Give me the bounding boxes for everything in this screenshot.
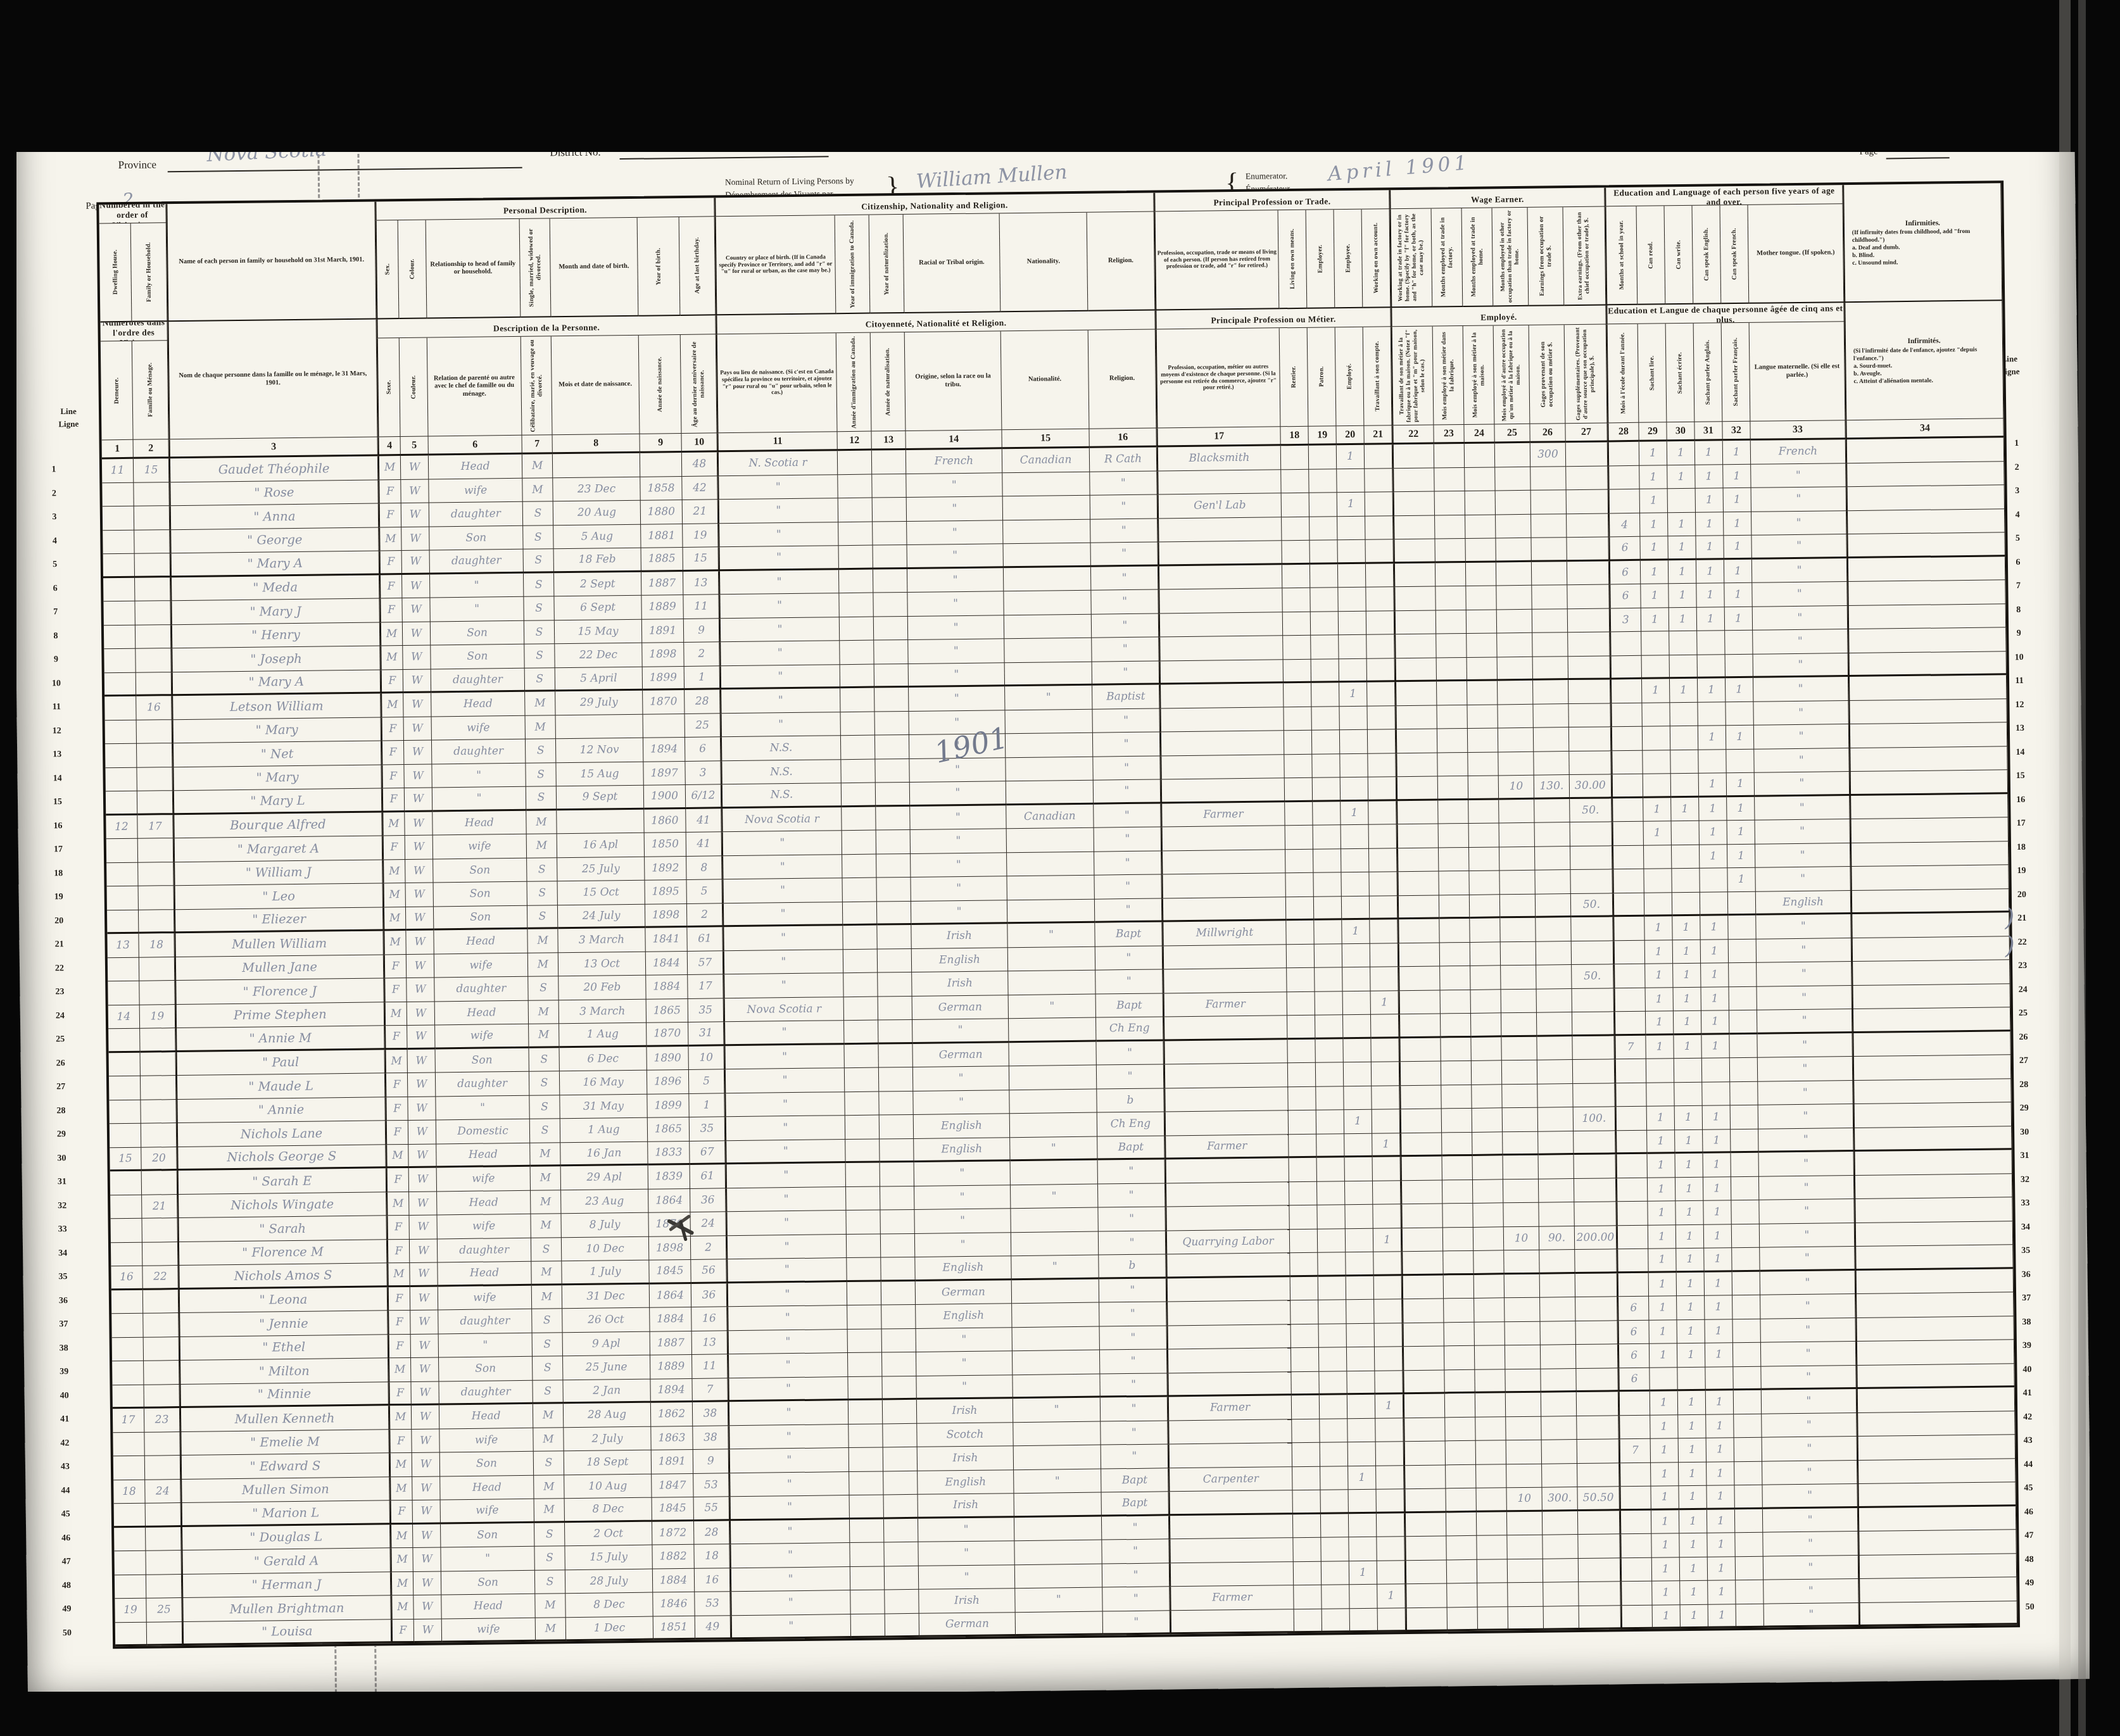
cell-line5-col34: [1846, 532, 2005, 558]
cell-line33-col20: [1345, 1205, 1373, 1229]
cell-line11-col31: 1: [1698, 678, 1726, 702]
cell-line18-col19: [1313, 849, 1341, 873]
cell-line28-col20: [1344, 1086, 1372, 1110]
cell-line48-col6: Son: [441, 1570, 535, 1595]
cell-line11-col10: 28: [685, 689, 720, 714]
cell-line24-col1: 14: [108, 1005, 140, 1029]
header-fr-col2: Famille ou Ménage.: [132, 341, 169, 440]
cell-line23-col24: [1470, 965, 1501, 990]
cell-line25-col24: [1471, 1013, 1501, 1037]
cell-line1-col32: 1: [1723, 441, 1751, 465]
cell-line43-col20: [1348, 1442, 1376, 1466]
cell-line20-col4: M: [383, 907, 406, 931]
cell-line4-col1: [103, 530, 134, 554]
cell-line21-col29: 1: [1644, 916, 1672, 940]
header-en-col29: Can read.: [1637, 206, 1666, 305]
header-en-col7: Single, married, widowed or divorced.: [520, 218, 552, 318]
cell-line32-col4: M: [386, 1192, 409, 1216]
cell-line30-col11: ": [725, 1140, 845, 1165]
cell-line37-col10: 16: [691, 1307, 727, 1331]
cell-line45-col19: [1320, 1490, 1348, 1514]
cell-line34-col6: daughter: [438, 1238, 531, 1262]
cell-line6-col5: W: [402, 574, 430, 598]
cell-line50-col24: [1478, 1607, 1508, 1631]
cell-line22-col16: ": [1095, 946, 1163, 971]
cell-line45-col10: 55: [694, 1497, 729, 1521]
cell-line1-col6: Head: [429, 455, 522, 479]
cell-line49-col5: W: [413, 1595, 441, 1619]
cell-line25-col9: 1870: [647, 1022, 688, 1047]
cell-line10-col17: [1159, 660, 1284, 685]
cell-line15-col23: [1438, 776, 1468, 800]
cell-line44-col28: [1619, 1462, 1651, 1487]
cell-line27-col1: [109, 1076, 141, 1100]
cell-line34-col14: ": [915, 1233, 1011, 1257]
cell-line25-col6: wife: [435, 1024, 529, 1049]
cell-line23-col5: W: [407, 978, 434, 1002]
cell-line21-col15: ": [1007, 923, 1095, 948]
cell-line26-col22: [1399, 1038, 1441, 1062]
cell-line4-col12: [838, 522, 873, 546]
cell-line11-col15: ": [1005, 686, 1092, 710]
cell-line1-col11: N. Scotia r: [717, 451, 838, 476]
cell-line5-col23: [1435, 539, 1465, 563]
cell-line13-col13: [875, 735, 909, 759]
cell-line27-col2: [141, 1076, 176, 1100]
cell-line46-col29: 1: [1651, 1510, 1679, 1534]
cell-line21-col33: ": [1756, 914, 1851, 939]
header-fr-col27: Gages supplémentaires. (Provenant d'autr…: [1565, 324, 1608, 424]
cell-line24-col17: Farmer: [1163, 992, 1287, 1017]
cell-line31-col31: 1: [1703, 1153, 1731, 1177]
cell-line17-col18: [1285, 826, 1313, 850]
cell-line28-col31: [1702, 1082, 1730, 1106]
cell-line5-col12: [839, 546, 873, 570]
cell-line32-col26: [1539, 1179, 1574, 1203]
header-en-col6: Relationship to head of family or househ…: [426, 219, 521, 319]
cell-line32-col14: ": [914, 1185, 1011, 1210]
cell-line1-col26: 300: [1530, 443, 1566, 467]
cell-line46-col32: [1735, 1509, 1763, 1533]
cell-line13-col3: " Net: [172, 741, 381, 767]
cell-line42-col1: [113, 1432, 144, 1456]
cell-line23-col31: 1: [1701, 963, 1729, 987]
column-7-fr-label: Célibataire, marié, en veuvage ou divorc…: [529, 339, 545, 432]
cell-line50-col5: W: [414, 1619, 442, 1643]
cell-line20-col19: [1314, 896, 1342, 921]
cell-line2-col8: 23 Dec: [553, 477, 640, 501]
cell-line40-col10: 7: [692, 1378, 728, 1402]
cell-line7-col27: [1567, 584, 1609, 608]
cell-line22-col28: [1613, 940, 1645, 964]
cell-line46-col28: [1620, 1510, 1651, 1534]
cell-line23-col20: [1342, 967, 1370, 991]
line-number-left-26: 26: [39, 1058, 83, 1069]
cell-line48-col10: 16: [695, 1568, 730, 1592]
cell-line45-col4: F: [390, 1500, 413, 1525]
cell-line50-col3: " Louisa: [182, 1620, 391, 1645]
cell-line36-col14: German: [916, 1280, 1012, 1305]
cell-line27-col10: 5: [689, 1069, 724, 1093]
cell-line35-col2: 22: [142, 1266, 178, 1290]
line-number-left-5: 5: [33, 560, 77, 570]
cell-line1-col20: 1: [1337, 445, 1365, 469]
cell-line43-col29: 1: [1651, 1438, 1679, 1462]
cell-line16-col16: ": [1094, 803, 1161, 828]
cell-line19-col23: [1439, 871, 1469, 895]
cell-line32-col3: Nichols Wingate: [177, 1192, 386, 1218]
cell-line43-col14: Irish: [918, 1446, 1014, 1471]
cell-line22-col8: 13 Oct: [558, 952, 646, 976]
cell-line23-col11: ": [723, 973, 843, 998]
cell-line10-col32: [1726, 654, 1753, 678]
cell-line25-col3: " Annie M: [175, 1026, 384, 1052]
cell-line33-col3: " Sarah: [178, 1216, 387, 1242]
cell-line7-col20: [1338, 588, 1366, 612]
cell-line13-col7: S: [526, 739, 556, 763]
cell-line14-col25: [1498, 752, 1534, 776]
cell-line29-col31: 1: [1703, 1105, 1731, 1129]
cell-line21-col30: 1: [1672, 916, 1700, 940]
column-number-17: 17: [1156, 427, 1280, 447]
cell-line17-col33: ": [1755, 819, 1850, 844]
cell-line45-col34: [1857, 1482, 2016, 1507]
cell-line40-col21: [1375, 1371, 1403, 1395]
cell-line6-col21: [1366, 563, 1394, 588]
cell-line19-col33: ": [1755, 867, 1850, 891]
cell-line12-col33: ": [1753, 701, 1848, 726]
cell-line2-col29: 1: [1639, 465, 1667, 489]
cell-line35-col4: M: [387, 1263, 410, 1287]
cell-line21-col21: [1370, 919, 1398, 943]
cell-line10-col31: [1698, 655, 1726, 679]
cell-line28-col16: b: [1097, 1088, 1164, 1113]
cell-line28-col14: ": [913, 1090, 1009, 1115]
cell-line4-col16: ": [1090, 519, 1158, 543]
cell-line12-col24: [1467, 705, 1498, 729]
cell-line32-col28: [1616, 1178, 1648, 1202]
cell-line14-col1: [105, 767, 137, 791]
column-number-13: 13: [871, 431, 905, 451]
cell-line4-col22: [1393, 515, 1435, 539]
cell-line22-col25: [1501, 941, 1536, 965]
cell-line4-col3: " George: [170, 527, 379, 553]
cell-line22-col10: 57: [688, 951, 723, 975]
cell-line38-col29: 1: [1649, 1320, 1677, 1344]
cell-line20-col7: S: [527, 905, 558, 929]
cell-line3-col26: [1531, 490, 1567, 514]
cell-line44-col19: [1320, 1466, 1348, 1490]
cell-line10-col34: [1848, 651, 2007, 677]
cell-line32-col25: [1503, 1179, 1539, 1203]
cell-line12-col27: [1568, 703, 1610, 727]
cell-line30-col29: 1: [1647, 1130, 1675, 1154]
cell-line48-col28: [1620, 1557, 1652, 1582]
cell-line12-col9: [643, 714, 685, 738]
cell-line43-col33: ": [1762, 1437, 1857, 1461]
cell-line14-col19: [1312, 754, 1340, 778]
cell-line43-col1: [113, 1456, 145, 1480]
cell-line8-col2: [136, 625, 171, 649]
cell-line10-col25: [1498, 657, 1533, 681]
line-number-right-13: 13: [1998, 724, 2042, 734]
cell-line37-col5: W: [410, 1310, 438, 1334]
cell-line45-col32: [1734, 1485, 1762, 1509]
cell-line9-col6: Son: [431, 645, 524, 669]
cell-line26-col5: W: [408, 1049, 436, 1073]
cell-line39-col22: [1403, 1346, 1444, 1370]
cell-line39-col2: [144, 1361, 179, 1385]
line-number-right-36: 36: [2004, 1269, 2048, 1280]
cell-line27-col11: ": [724, 1068, 845, 1093]
cell-line26-col27: [1572, 1036, 1614, 1060]
cell-line11-col9: 1870: [643, 690, 685, 714]
cell-line32-col29: 1: [1648, 1178, 1675, 1202]
column-13-en-label: Year of naturalization.: [883, 232, 891, 295]
cell-line36-col11: ": [727, 1282, 847, 1307]
cell-line31-col2: [142, 1171, 177, 1195]
cell-line46-col27: [1578, 1511, 1620, 1535]
cell-line48-col11: ": [730, 1567, 850, 1592]
cell-line43-col10: 9: [693, 1449, 729, 1473]
line-number-left-11: 11: [34, 702, 79, 713]
cell-line30-col15: ": [1010, 1136, 1097, 1161]
cell-line18-col33: ": [1755, 843, 1850, 868]
cell-line17-col15: [1007, 828, 1094, 853]
cell-line39-col24: [1475, 1345, 1505, 1369]
cell-line13-col33: ": [1754, 724, 1849, 749]
cell-line24-col2: 19: [140, 1005, 175, 1029]
cell-line43-col8: 18 Sept: [564, 1450, 652, 1475]
header-en-col32: Can speak French.: [1720, 205, 1750, 304]
line-number-right-37: 37: [2004, 1293, 2048, 1304]
column-34-fr-line: (Si l'infirmité date de l'enfance, ajout…: [1853, 346, 1995, 363]
cell-line12-col32: [1726, 701, 1753, 726]
cell-line30-col2: 20: [141, 1147, 177, 1171]
cell-line18-col4: M: [382, 859, 405, 883]
cell-line27-col32: [1730, 1058, 1758, 1082]
cell-line22-col30: 1: [1673, 940, 1701, 964]
cell-line33-col23: [1442, 1204, 1473, 1228]
cell-line38-col34: [1855, 1316, 2014, 1342]
cell-line35-col34: [1855, 1245, 2013, 1270]
cell-line39-col9: 1889: [650, 1355, 692, 1379]
cell-line21-col12: [843, 926, 877, 950]
cell-line24-col32: [1729, 986, 1757, 1010]
line-number-left-4: 4: [32, 536, 77, 546]
column-number-4: 4: [378, 437, 401, 456]
cell-line31-col19: [1317, 1157, 1345, 1181]
cell-line23-col16: ": [1095, 969, 1163, 994]
cell-line13-col29: [1643, 726, 1670, 750]
cell-line28-col32: [1730, 1081, 1758, 1105]
cell-line29-col18: [1289, 1110, 1316, 1135]
cell-line5-col11: ": [719, 546, 839, 571]
cell-line5-col13: [873, 545, 907, 569]
cell-line5-col22: [1393, 539, 1435, 563]
cell-line50-col34: [1859, 1601, 2017, 1626]
cell-line26-col8: 6 Dec: [559, 1047, 647, 1071]
cell-line9-col23: [1436, 634, 1467, 658]
header-en-col26: Earnings from occupation or trade $.: [1528, 207, 1565, 306]
cell-line41-col14: Irish: [917, 1399, 1013, 1423]
cell-line7-col33: ": [1752, 582, 1847, 607]
cell-line38-col11: ": [728, 1330, 848, 1355]
cell-line46-col14: ": [918, 1518, 1014, 1542]
cell-line14-col28: [1611, 750, 1643, 774]
line-number-left-34: 34: [41, 1248, 85, 1259]
cell-line48-col12: [850, 1566, 885, 1590]
cell-line10-col26: [1533, 657, 1568, 681]
cell-line1-col34: [1846, 437, 2004, 463]
cell-line31-col23: [1442, 1156, 1473, 1180]
cell-line36-col4: F: [388, 1286, 410, 1311]
cell-line24-col30: 1: [1674, 987, 1701, 1011]
line-number-left-16: 16: [35, 821, 80, 831]
cell-line6-col22: [1394, 563, 1435, 587]
cell-line47-col20: [1349, 1537, 1377, 1561]
cell-line9-col11: ": [719, 641, 840, 666]
cell-line50-col18: [1294, 1609, 1322, 1633]
cell-line16-col8: [557, 809, 644, 834]
cell-line31-col32: [1731, 1153, 1758, 1177]
cell-line24-col15: ": [1009, 994, 1096, 1019]
cell-line7-col24: [1466, 586, 1496, 610]
cell-line37-col17: [1166, 1300, 1290, 1326]
cell-line8-col13: [874, 616, 908, 640]
cell-line12-col12: [841, 712, 875, 736]
cell-line10-col33: ": [1753, 653, 1848, 678]
line-number-left-13: 13: [35, 750, 79, 760]
column-number-7: 7: [522, 435, 553, 455]
column-number-28: 28: [1607, 423, 1639, 443]
cell-line22-col13: [878, 948, 912, 972]
cell-line20-col34: [1851, 889, 2009, 914]
cell-line16-col13: [876, 806, 910, 830]
cell-line23-col8: 20 Feb: [558, 976, 646, 1000]
cell-line25-col7: M: [529, 1024, 559, 1048]
cell-line32-col34: [1854, 1174, 2012, 1199]
cell-line38-col19: [1319, 1324, 1347, 1348]
cell-line47-col27: [1578, 1534, 1620, 1558]
cell-line7-col18: [1282, 588, 1310, 612]
cell-line30-col5: W: [408, 1144, 436, 1168]
cell-line23-col14: Irish: [912, 971, 1008, 996]
cell-line39-col18: [1291, 1348, 1319, 1372]
line-number-left-41: 41: [42, 1414, 87, 1425]
cell-line5-col17: [1158, 541, 1282, 566]
cell-line1-col9: [640, 453, 682, 477]
cell-line8-col33: ": [1753, 606, 1848, 631]
cell-line18-col12: [842, 854, 876, 878]
cell-line38-col10: 13: [692, 1331, 728, 1355]
cell-line14-col31: [1698, 750, 1726, 774]
cell-line32-col13: [880, 1186, 914, 1210]
cell-line24-col28: [1614, 988, 1646, 1012]
cell-line21-col18: [1286, 921, 1314, 945]
cell-line15-col17: [1161, 778, 1285, 803]
cell-line12-col34: [1848, 699, 2007, 724]
line-number-right-26: 26: [2001, 1032, 2045, 1043]
cell-line31-col3: " Sarah E: [177, 1168, 386, 1194]
cell-line40-col25: [1505, 1369, 1541, 1393]
cell-line1-col2: 15: [134, 458, 169, 482]
header-en-col22: Working at trade in factory or in home. …: [1390, 209, 1433, 308]
cell-line30-col27: [1574, 1131, 1615, 1155]
cell-line33-col14: ": [914, 1209, 1011, 1233]
cell-line15-col5: W: [405, 788, 432, 812]
cell-line47-col15: [1014, 1540, 1102, 1565]
cell-line28-col21: [1372, 1086, 1399, 1110]
cell-line17-col16: ": [1094, 827, 1161, 852]
cell-line17-col31: 1: [1700, 821, 1727, 845]
cell-line38-col13: [882, 1328, 916, 1352]
cell-line3-col30: [1668, 489, 1696, 513]
cell-line32-col12: [846, 1186, 880, 1211]
cell-line35-col26: [1539, 1250, 1575, 1274]
cell-line3-col33: ": [1751, 487, 1846, 512]
cell-line7-col32: 1: [1724, 583, 1752, 607]
cell-line44-col23: [1446, 1464, 1476, 1488]
cell-line4-col2: [134, 530, 170, 554]
cell-line31-col9: 1839: [648, 1165, 690, 1189]
cell-line48-col15: [1015, 1564, 1102, 1588]
cell-line37-col15: [1012, 1303, 1099, 1328]
cell-line38-col17: [1167, 1324, 1291, 1350]
cell-line6-col3: " Meda: [170, 575, 379, 601]
cell-line23-col12: [843, 973, 878, 997]
cell-line8-col19: [1311, 612, 1339, 636]
cell-line6-col11: ": [719, 570, 839, 595]
cell-line8-col20: [1339, 611, 1366, 635]
cell-line4-col29: 1: [1640, 513, 1668, 537]
cell-line45-col26: 300.: [1542, 1487, 1577, 1511]
cell-line34-col7: S: [531, 1238, 562, 1262]
cell-line33-col2: [142, 1218, 178, 1242]
cell-line1-col3: Gaudet Théophile: [169, 456, 378, 482]
cell-line37-col8: 26 Oct: [562, 1308, 650, 1333]
cell-line5-col26: [1531, 538, 1567, 562]
cell-line17-col10: 41: [686, 832, 722, 856]
line-number-right-24: 24: [2001, 984, 2045, 995]
cell-line35-col22: [1401, 1251, 1443, 1275]
cell-line27-col4: F: [385, 1073, 408, 1097]
cell-line11-col4: M: [381, 693, 403, 717]
line-number-right-7: 7: [1996, 581, 2040, 592]
cell-line41-col13: [883, 1400, 917, 1424]
cell-line40-col33: ": [1761, 1366, 1856, 1390]
cell-line38-col2: [144, 1337, 179, 1361]
cell-line10-col19: [1311, 659, 1339, 683]
cell-line7-col7: S: [524, 596, 554, 620]
line-number-left-36: 36: [41, 1295, 85, 1306]
cell-line48-col17: [1170, 1562, 1294, 1587]
cell-line37-col24: [1474, 1298, 1505, 1322]
cell-line16-col24: [1468, 800, 1499, 824]
cell-line29-col9: 1865: [648, 1117, 690, 1142]
cell-line22-col17: [1163, 945, 1287, 970]
column-number-26: 26: [1530, 424, 1565, 443]
cell-line30-col14: English: [914, 1138, 1010, 1162]
cell-line4-col13: [873, 521, 907, 545]
cell-line30-col23: [1442, 1132, 1472, 1156]
cell-line14-col24: [1468, 752, 1498, 776]
cell-line35-col29: 1: [1648, 1249, 1676, 1273]
cell-line25-col23: [1441, 1014, 1471, 1038]
cell-line37-col20: [1346, 1300, 1374, 1324]
cell-line8-col22: [1394, 610, 1436, 634]
cell-line19-col12: [842, 878, 876, 902]
